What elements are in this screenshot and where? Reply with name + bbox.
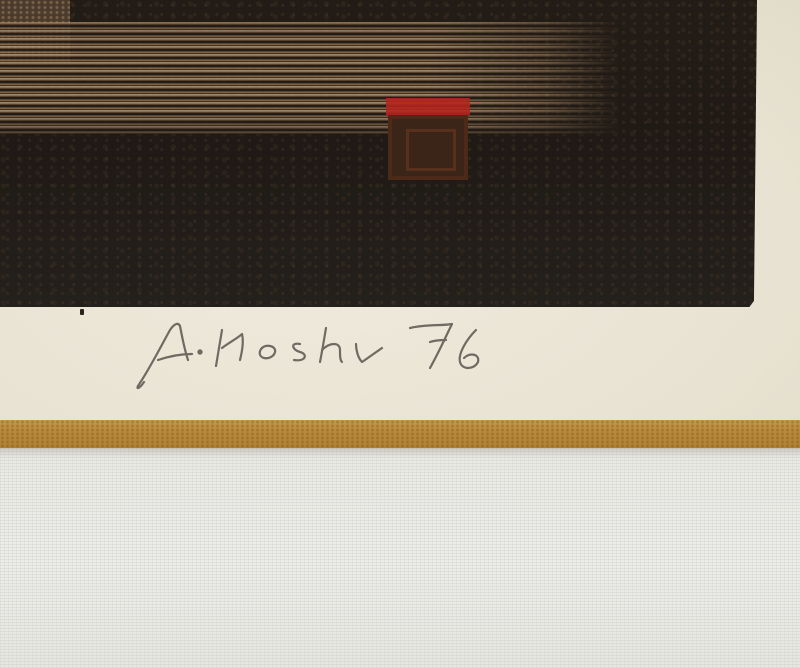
artist-seal (386, 98, 470, 180)
seal-red-band (386, 98, 470, 115)
pencil-signature: A. Hoshi '76 (130, 308, 650, 398)
ink-speck (80, 309, 84, 315)
seal-glyph (406, 129, 456, 171)
woodgrain-shading (0, 22, 620, 134)
linen-mat (0, 448, 800, 668)
print-image-area (0, 0, 757, 307)
seal-body (388, 115, 468, 180)
gold-frame-fillet (0, 420, 800, 448)
mat-shadow (0, 448, 800, 458)
signature-handwriting (130, 308, 650, 398)
